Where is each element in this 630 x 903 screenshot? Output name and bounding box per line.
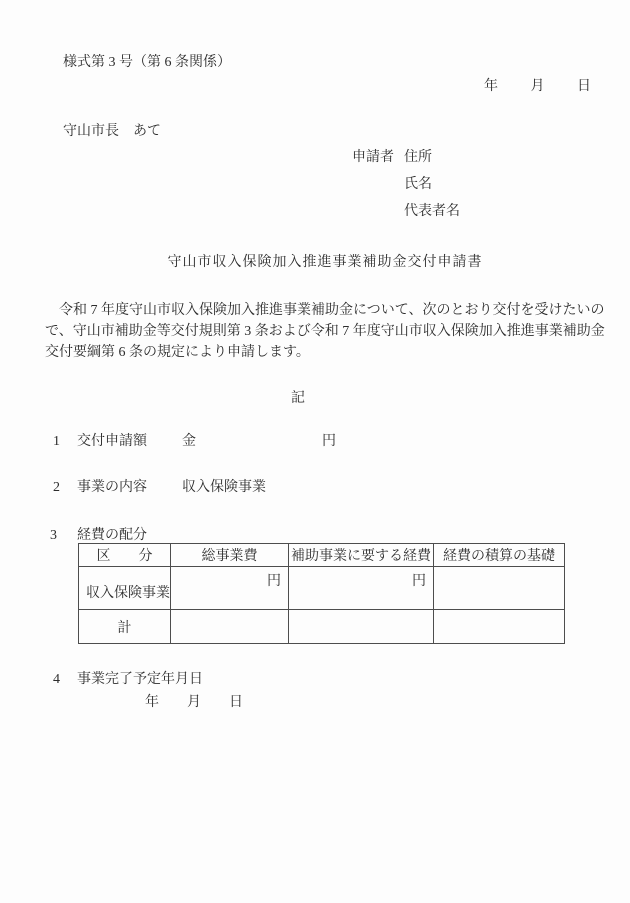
header-total-cost: 総事業費 bbox=[171, 544, 289, 567]
cell-total-label: 計 bbox=[79, 610, 171, 644]
cell-subsidy-cost-blank: 円 bbox=[289, 567, 434, 610]
application-form-page: 様式第 3 号（第 6 条関係） 年 月 日 守山市長 あて 申請者 住所 氏名… bbox=[0, 0, 630, 903]
form-number: 様式第 3 号（第 6 条関係） bbox=[63, 55, 231, 70]
item4-date-blank: 年 月 日 bbox=[145, 695, 243, 710]
body-paragraph-line-1: 令和 7 年度守山市収入保険加入推進事業補助金について、次のとおり交付を受けたい… bbox=[45, 303, 604, 318]
expense-allocation-table: 区 分 総事業費 補助事業に要する経費 経費の積算の基礎 収入保険事業 円 円 … bbox=[78, 543, 565, 644]
addressee-line: 守山市長 あて bbox=[63, 124, 161, 139]
ki-marker: 記 bbox=[0, 391, 596, 406]
cell-total-cost-sum-blank bbox=[171, 610, 289, 644]
cell-category-income-insurance: 収入保険事業 bbox=[79, 567, 171, 610]
table-row-income-insurance: 収入保険事業 円 円 bbox=[79, 567, 565, 610]
table-header-row: 区 分 総事業費 補助事業に要する経費 経費の積算の基礎 bbox=[79, 544, 565, 567]
cell-subsidy-cost-sum-blank bbox=[289, 610, 434, 644]
item1-currency-prefix: 金 bbox=[182, 434, 196, 449]
table-row-total: 計 bbox=[79, 610, 565, 644]
cell-basis-sum-blank bbox=[434, 610, 565, 644]
body-paragraph-line-2: で、守山市補助金等交付規則第 3 条および令和 7 年度守山市収入保険加入推進事… bbox=[45, 324, 605, 339]
cell-basis-blank bbox=[434, 567, 565, 610]
item1-number: 1 bbox=[53, 434, 60, 449]
date-blank-top: 年 月 日 bbox=[484, 79, 593, 94]
applicant-name-label: 氏名 bbox=[404, 177, 432, 192]
item1-label-application-amount: 交付申請額 bbox=[77, 434, 147, 449]
item3-number: 3 bbox=[50, 528, 57, 543]
applicant-representative-label: 代表者名 bbox=[404, 204, 460, 219]
item1-currency-suffix: 円 bbox=[322, 434, 336, 449]
document-title: 守山市収入保険加入推進事業補助金交付申請書 bbox=[20, 255, 630, 270]
item3-label-expense-allocation: 経費の配分 bbox=[77, 528, 147, 543]
item4-number: 4 bbox=[53, 672, 60, 687]
header-subsidy-cost: 補助事業に要する経費 bbox=[289, 544, 434, 567]
header-category: 区 分 bbox=[79, 544, 171, 567]
applicant-label: 申請者 bbox=[352, 150, 394, 165]
item4-label-completion-date: 事業完了予定年月日 bbox=[77, 672, 203, 687]
cell-total-cost-blank: 円 bbox=[171, 567, 289, 610]
body-paragraph-line-3: 交付要綱第 6 条の規定により申請します。 bbox=[45, 345, 310, 360]
item2-value: 収入保険事業 bbox=[182, 480, 266, 495]
item2-label-business-content: 事業の内容 bbox=[77, 480, 147, 495]
applicant-address-label: 住所 bbox=[404, 150, 432, 165]
item2-number: 2 bbox=[53, 480, 60, 495]
header-basis: 経費の積算の基礎 bbox=[434, 544, 565, 567]
